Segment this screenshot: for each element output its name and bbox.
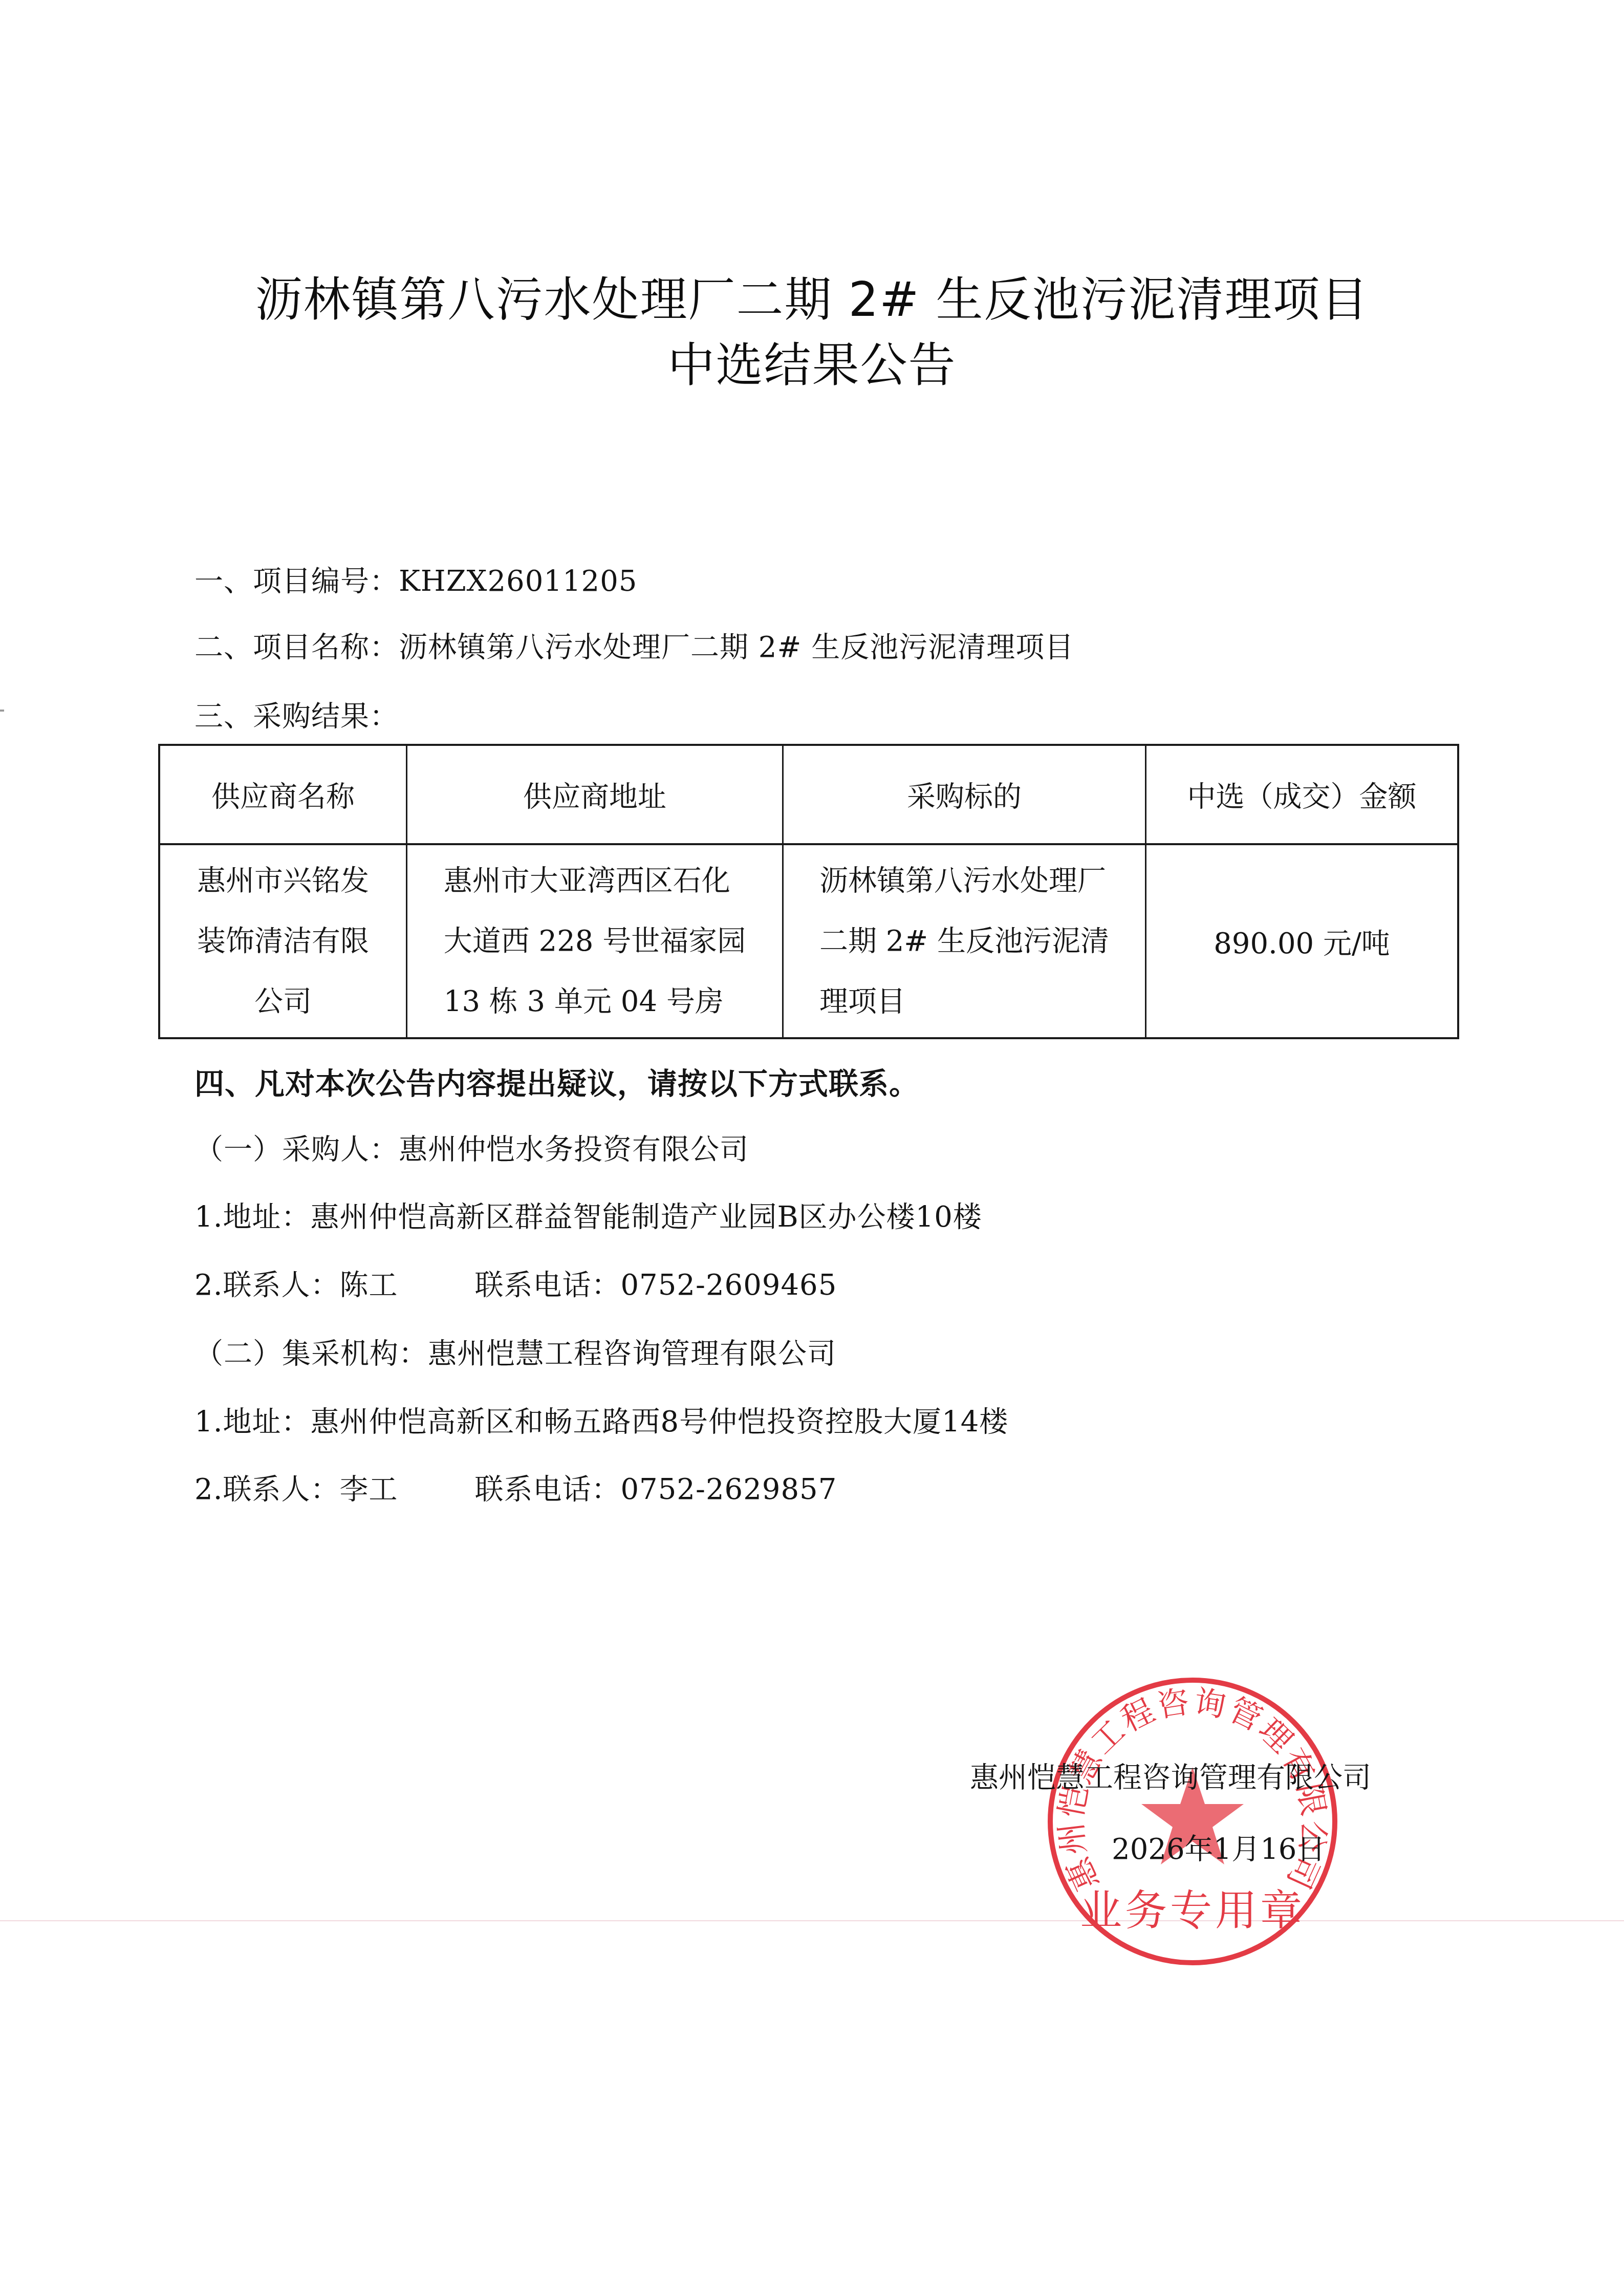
stamp-center-text: 业务专用章 xyxy=(1080,1886,1305,1935)
supplier-address-line: 惠州市大亚湾西区石化 xyxy=(444,851,730,911)
page-title-line-1: 沥林镇第八污水处理厂二期 2# 生反池污泥清理项目 xyxy=(0,276,1624,324)
agency-label: （二）集采机构： xyxy=(194,1337,428,1370)
agency-address-line: 1.地址：惠州仲恺高新区和畅五路西8号仲恺投资控股大厦14楼 xyxy=(194,1408,1008,1436)
purchaser-address-line: 1.地址：惠州仲恺高新区群益智能制造产业园B区办公楼10楼 xyxy=(194,1203,982,1232)
project-name-line: 二、项目名称：沥林镇第八污水处理厂二期 2# 生反池污泥清理项目 xyxy=(194,633,1074,662)
purchaser-address: 惠州仲恺高新区群益智能制造产业园B区办公楼10楼 xyxy=(310,1200,982,1234)
purchaser-label: （一）采购人： xyxy=(194,1133,399,1166)
supplier-name-line: 公司 xyxy=(254,972,312,1032)
purchaser-contact-line: 2.联系人：陈工联系电话：0752-2609465 xyxy=(194,1271,837,1300)
header-supplier-address: 供应商地址 xyxy=(407,746,784,843)
purchaser-contact-label: 2.联系人： xyxy=(194,1269,339,1302)
supplier-name-line: 惠州市兴铭发 xyxy=(197,851,369,911)
cell-amount: 890.00 元/吨 xyxy=(1146,845,1457,1037)
purchaser-line: （一）采购人：惠州仲恺水务投资有限公司 xyxy=(194,1135,749,1164)
scan-divider-line xyxy=(0,1920,1624,1921)
purchaser-phone-label: 联系电话： xyxy=(474,1269,620,1302)
project-name-label: 二、项目名称： xyxy=(194,631,399,664)
agency-phone-label: 联系电话： xyxy=(474,1473,620,1506)
header-procurement-item: 采购标的 xyxy=(784,746,1146,843)
cell-supplier-address: 惠州市大亚湾西区石化 大道西 228 号世福家园 13 栋 3 单元 04 号房 xyxy=(407,845,784,1037)
signature-date: 2026年1月16日 xyxy=(1112,1827,1325,1868)
scan-artifact xyxy=(0,710,4,712)
header-supplier-name: 供应商名称 xyxy=(160,746,407,843)
agency-contact-line: 2.联系人：李工联系电话：0752-2629857 xyxy=(194,1475,837,1504)
project-name-value: 沥林镇第八污水处理厂二期 2# 生反池污泥清理项目 xyxy=(399,631,1074,664)
agency-contact: 李工 xyxy=(339,1473,398,1506)
agency-phone: 0752-2629857 xyxy=(620,1473,837,1506)
cell-supplier-name: 惠州市兴铭发 装饰清洁有限 公司 xyxy=(160,845,407,1037)
agency-name: 惠州恺慧工程咨询管理有限公司 xyxy=(428,1337,836,1370)
project-number-line: 一、项目编号：KHZX26011205 xyxy=(194,567,637,596)
table-header-row: 供应商名称 供应商地址 采购标的 中选（成交）金额 xyxy=(160,746,1457,845)
result-heading: 三、采购结果： xyxy=(194,702,399,731)
cell-procurement-item: 沥林镇第八污水处理厂 二期 2# 生反池污泥清 理项目 xyxy=(784,845,1146,1037)
procurement-item-line: 沥林镇第八污水处理厂 xyxy=(819,851,1106,911)
official-seal-stamp: 惠州恺慧工程咨询管理有限公司 业务专用章 xyxy=(1044,1675,1341,1968)
agency-address-label: 1.地址： xyxy=(194,1405,310,1439)
purchaser-address-label: 1.地址： xyxy=(194,1200,310,1234)
purchaser-name: 惠州仲恺水务投资有限公司 xyxy=(399,1133,749,1166)
project-number-value: KHZX26011205 xyxy=(399,565,637,598)
purchaser-contact: 陈工 xyxy=(339,1269,398,1302)
result-table: 供应商名称 供应商地址 采购标的 中选（成交）金额 惠州市兴铭发 装饰清洁有限 … xyxy=(158,744,1459,1039)
contact-heading: 四、凡对本次公告内容提出疑议，请按以下方式联系。 xyxy=(194,1069,919,1099)
agency-line: （二）集采机构：惠州恺慧工程咨询管理有限公司 xyxy=(194,1340,836,1368)
procurement-item-line: 理项目 xyxy=(819,972,905,1032)
supplier-name-line: 装饰清洁有限 xyxy=(197,911,369,972)
agency-contact-label: 2.联系人： xyxy=(194,1473,339,1506)
supplier-address-line: 13 栋 3 单元 04 号房 xyxy=(444,972,724,1032)
agency-address: 惠州仲恺高新区和畅五路西8号仲恺投资控股大厦14楼 xyxy=(310,1405,1008,1439)
project-number-label: 一、项目编号： xyxy=(194,565,399,598)
signature-company: 惠州恺慧工程咨询管理有限公司 xyxy=(970,1755,1371,1796)
page-title-line-2: 中选结果公告 xyxy=(0,342,1624,389)
header-amount: 中选（成交）金额 xyxy=(1146,746,1457,843)
procurement-item-line: 二期 2# 生反池污泥清 xyxy=(819,911,1109,972)
table-row: 惠州市兴铭发 装饰清洁有限 公司 惠州市大亚湾西区石化 大道西 228 号世福家… xyxy=(160,845,1457,1037)
supplier-address-line: 大道西 228 号世福家园 xyxy=(444,911,746,972)
purchaser-phone: 0752-2609465 xyxy=(620,1269,837,1302)
